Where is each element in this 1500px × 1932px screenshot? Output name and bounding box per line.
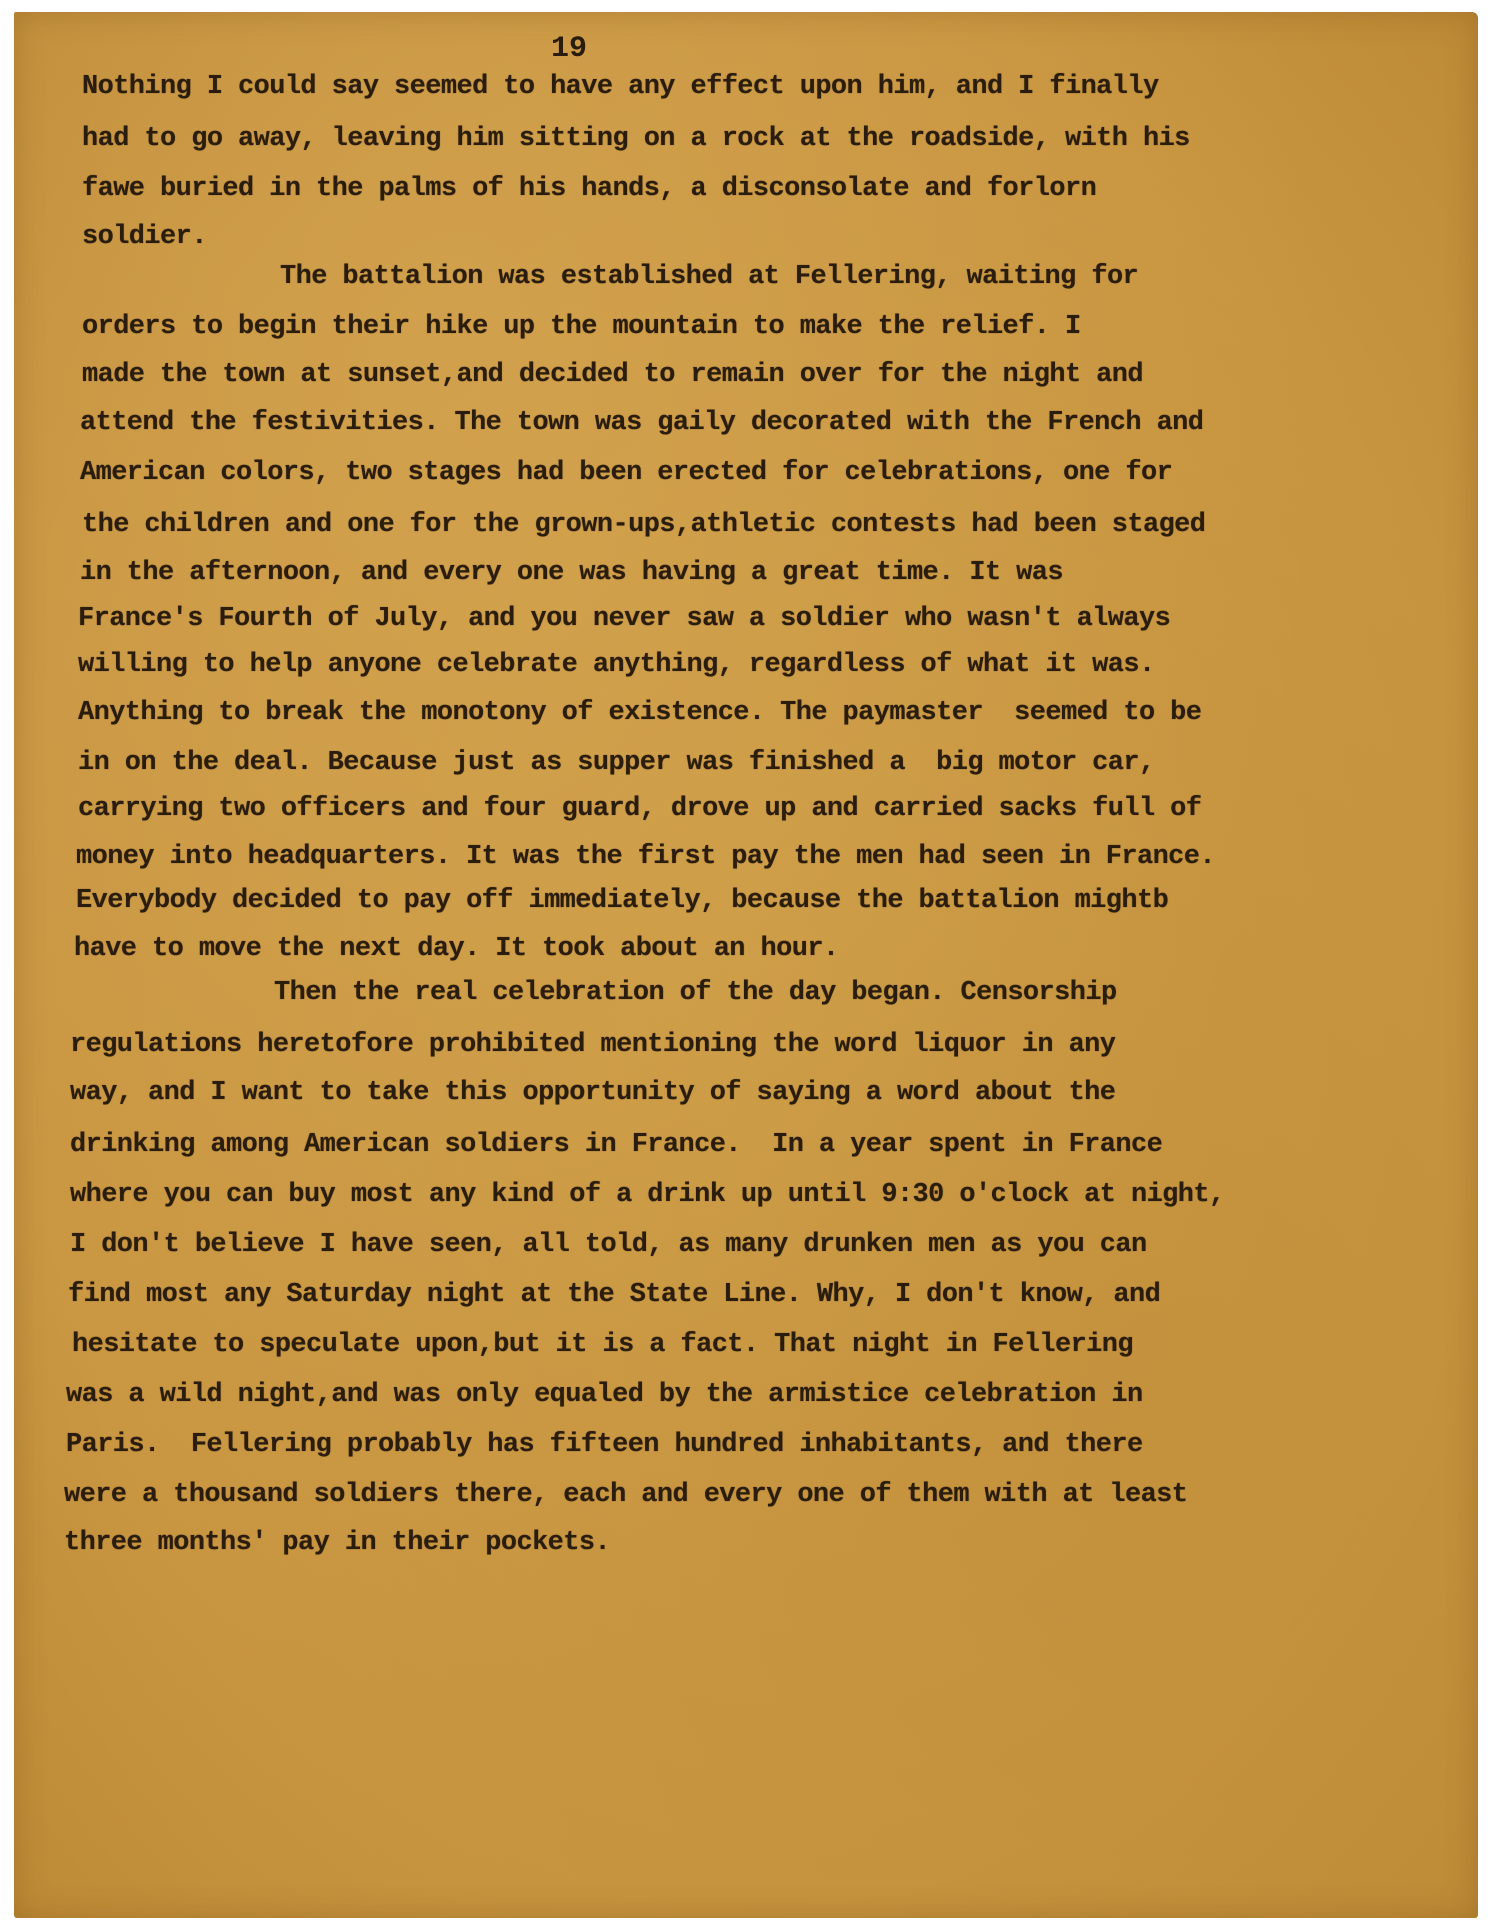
text-line: made the town at sunset,and decided to r… — [82, 360, 1143, 390]
text-line: hesitate to speculate upon,but it is a f… — [72, 1330, 1133, 1360]
text-line: willing to help anyone celebrate anythin… — [78, 650, 1155, 680]
page-number: 19 — [551, 32, 587, 66]
text-line: have to move the next day. It took about… — [74, 934, 839, 964]
text-line: was a wild night,and was only equaled by… — [66, 1380, 1143, 1410]
text-line: The battalion was established at Felleri… — [280, 262, 1138, 292]
text-line: Then the real celebration of the day beg… — [274, 978, 1117, 1008]
text-line: find most any Saturday night at the Stat… — [68, 1280, 1160, 1310]
text-line: drinking among American soldiers in Fran… — [70, 1130, 1162, 1160]
text-line: where you can buy most any kind of a dri… — [70, 1180, 1225, 1210]
text-line: Everybody decided to pay off immediately… — [76, 886, 1168, 916]
text-line: regulations heretofore prohibited mentio… — [70, 1030, 1115, 1060]
text-line: had to go away, leaving him sitting on a… — [82, 124, 1190, 154]
text-line: France's Fourth of July, and you never s… — [78, 604, 1170, 634]
text-line: fawe buried in the palms of his hands, a… — [82, 174, 1096, 204]
text-line: orders to begin their hike up the mounta… — [82, 312, 1081, 342]
text-line: attend the festivities. The town was gai… — [80, 408, 1203, 438]
text-line: I don't believe I have seen, all told, a… — [70, 1230, 1147, 1260]
text-line: were a thousand soldiers there, each and… — [64, 1480, 1187, 1510]
text-line: three months' pay in their pockets. — [64, 1528, 610, 1558]
text-line: Paris. Fellering probably has fifteen hu… — [66, 1430, 1143, 1460]
text-line: the children and one for the grown-ups,a… — [82, 510, 1205, 540]
text-line: carrying two officers and four guard, dr… — [78, 794, 1201, 824]
text-line: in the afternoon, and every one was havi… — [80, 558, 1063, 588]
text-line: money into headquarters. It was the firs… — [76, 842, 1215, 872]
text-line: Anything to break the monotony of existe… — [78, 698, 1201, 728]
text-line: soldier. — [82, 222, 207, 252]
text-line: Nothing I could say seemed to have any e… — [82, 72, 1159, 102]
text-line: American colors, two stages had been ere… — [80, 458, 1172, 488]
text-line: in on the deal. Because just as supper w… — [78, 748, 1155, 778]
typewritten-page: 19 Nothing I could say seemed to have an… — [14, 12, 1478, 1918]
text-line: way, and I want to take this opportunity… — [70, 1078, 1115, 1108]
